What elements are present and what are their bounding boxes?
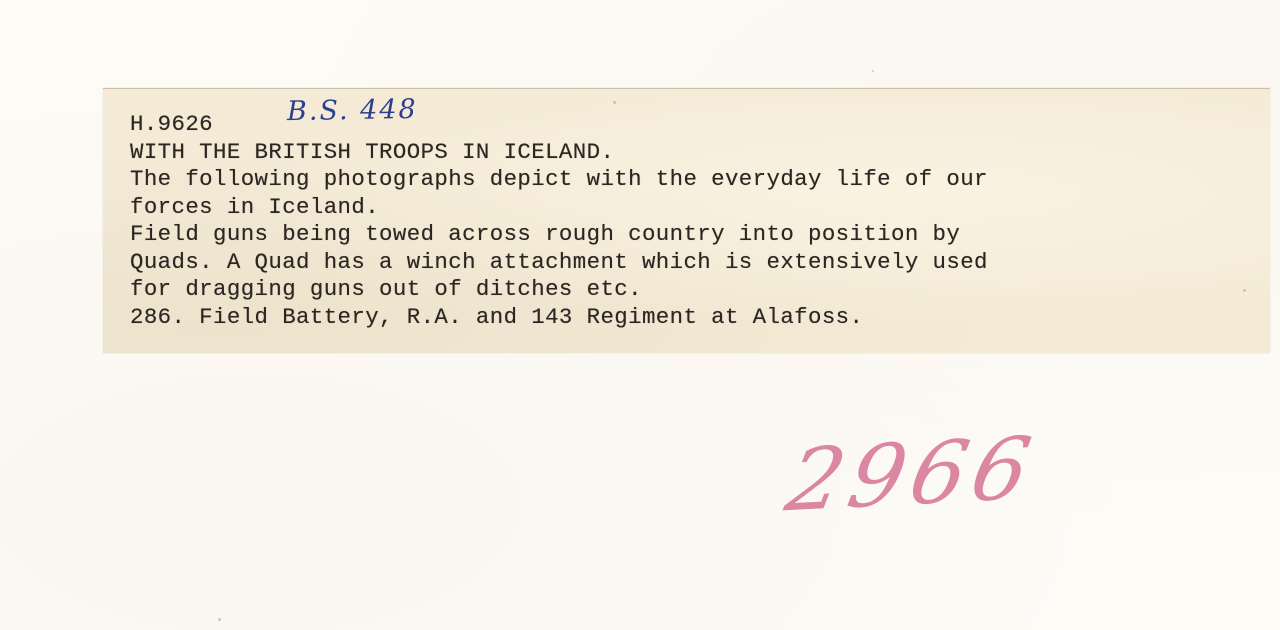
reference-number: H.9626 <box>130 111 280 139</box>
paper-speck <box>1243 289 1246 292</box>
caption-line: Field guns being towed across rough coun… <box>130 221 988 249</box>
backing-speck <box>218 618 221 621</box>
backing-speck <box>872 70 874 72</box>
caption-line: for dragging guns out of ditches etc. <box>130 276 988 304</box>
paper-speck <box>613 101 616 104</box>
caption-line: forces in Iceland. <box>130 194 988 222</box>
typed-caption: H.9626 WITH THE BRITISH TROOPS IN ICELAN… <box>130 111 988 331</box>
handwritten-reference: B.S. 448 <box>287 94 418 127</box>
caption-reference-line: H.9626 <box>130 111 988 139</box>
handwritten-archive-number: 2966 <box>779 419 1044 532</box>
caption-headline: WITH THE BRITISH TROOPS IN ICELAND. <box>130 139 988 167</box>
caption-line: Quads. A Quad has a winch attachment whi… <box>130 249 988 277</box>
caption-line: The following photographs depict with th… <box>130 166 988 194</box>
caption-unit-line: 286. Field Battery, R.A. and 143 Regimen… <box>130 304 988 332</box>
caption-slip: H.9626 WITH THE BRITISH TROOPS IN ICELAN… <box>103 88 1270 353</box>
